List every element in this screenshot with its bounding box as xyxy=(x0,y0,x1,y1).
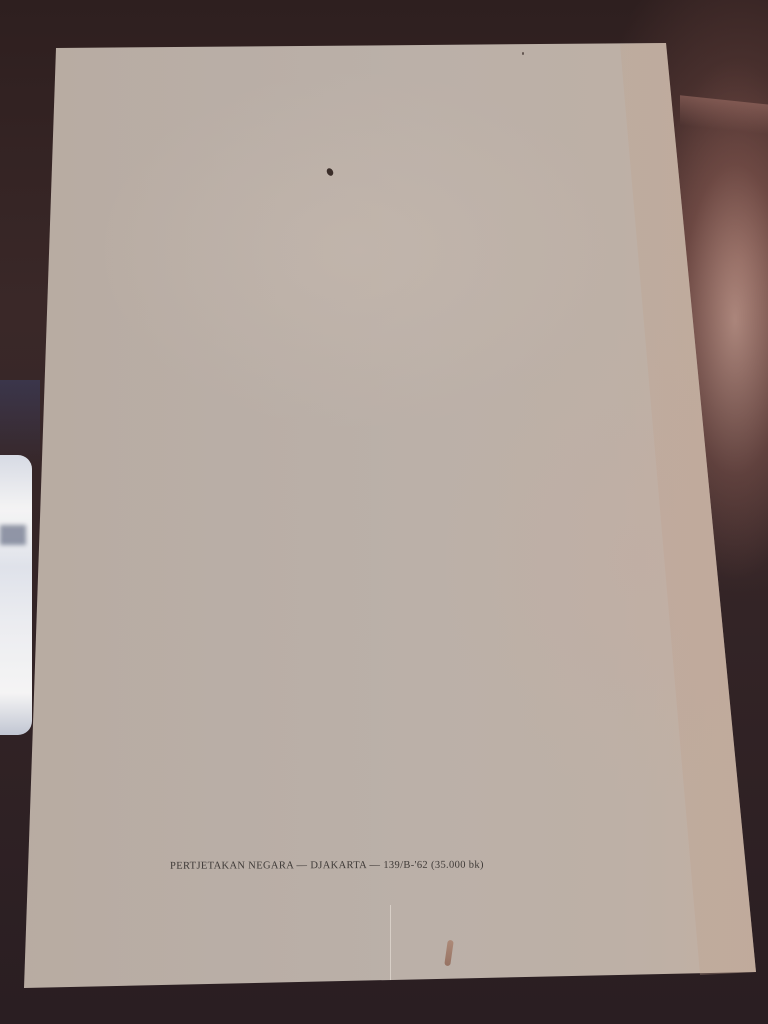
cover-crease xyxy=(390,905,391,980)
printer-imprint: PERTJETAKAN NEGARA — DJAKARTA — 139/B-'6… xyxy=(170,859,600,872)
photo-scene: PERTJETAKAN NEGARA — DJAKARTA — 139/B-'6… xyxy=(0,0,768,1024)
light-reflection xyxy=(0,455,32,735)
cover-speck xyxy=(522,52,524,55)
